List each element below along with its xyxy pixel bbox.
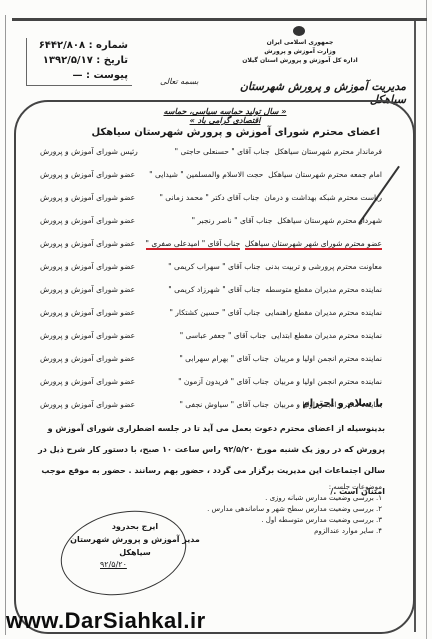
ref-number-line: شماره : ۶۴۴۲/۸۰۸ (27, 38, 128, 53)
topics-label: موضوعات جلسه : (150, 482, 382, 493)
header-bar (12, 18, 427, 21)
scan-edge-right-outer (426, 0, 427, 639)
topic-item: ۱. بررسی وضعیت مدارس شبانه روزی . (150, 493, 382, 504)
signer-name: ایرج بحدرود (60, 520, 210, 533)
topic-item: ۲. بررسی وضعیت مدارس سطح شهر و ساماندهی … (150, 504, 382, 515)
member-row: نماینده محترم مدیران مقطع متوسطه جناب آق… (40, 285, 382, 308)
member-row: ریاست محترم شبکه بهداشت و درمان جناب آقا… (40, 193, 382, 216)
member-row: نماینده محترم انجمن اولیا و مربیان جناب … (40, 354, 382, 377)
letter-date: ۱۳۹۲/۵/۱۷ (43, 55, 93, 66)
year-motto: « سال تولید حماسه سیاسی، حماسه اقتصادی گ… (150, 107, 300, 125)
member-row: امام جمعه محترم شهرستان سیاهکل حجت الاسل… (40, 170, 382, 193)
scanned-letter: شماره : ۶۴۴۲/۸۰۸ تاریخ : ۱۳۹۲/۵/۱۷ پیوست… (0, 0, 432, 639)
recipients-heading: اعضای محترم شورای آموزش و پرورش شهرستان … (80, 127, 380, 138)
signature-date: ۹۲/۵/۲۰ (100, 560, 127, 569)
ref-number: ۶۴۴۲/۸۰۸ (39, 40, 85, 51)
member-row: نماینده محترم مدیران مقطع ابتدایی جناب آ… (40, 331, 382, 354)
reference-box: شماره : ۶۴۴۲/۸۰۸ تاریخ : ۱۳۹۲/۵/۱۷ پیوست… (26, 38, 132, 86)
member-row-highlighted: عضو محترم شورای شهر شهرستان سیاهکل جناب … (40, 239, 382, 262)
org-block: جمهوری اسلامی ایران وزارت آموزش و پرورش … (230, 38, 370, 65)
bismillah: بسمه تعالی (160, 77, 198, 86)
member-row: فرماندار محترم شهرستان سیاهکل جناب آقای … (40, 147, 382, 170)
member-row: معاونت محترم پرورشی و تربیت بدنی جناب آق… (40, 262, 382, 285)
signature-block: ایرج بحدرود مدیر آموزش و پرورش شهرستان س… (60, 520, 210, 559)
member-row: شهردار محترم شهرستان سیاهکل جناب آقای " … (40, 216, 382, 239)
members-list: فرماندار محترم شهرستان سیاهکل جناب آقای … (40, 147, 382, 423)
attachment-line: پیوست : — (27, 68, 128, 83)
signer-title: مدیر آموزش و پرورش شهرستان سیاهکل (60, 533, 210, 559)
emblem-icon (293, 26, 305, 36)
scan-edge-left (5, 15, 6, 635)
date-line: تاریخ : ۱۳۹۲/۵/۱۷ (27, 53, 128, 68)
member-row: نماینده محترم انجمن اولیا و مربیان جناب … (40, 377, 382, 400)
site-watermark: www.DarSiahkal.ir (6, 608, 206, 634)
member-row: نماینده محترم مدیران مقطع راهنمایی جناب … (40, 308, 382, 331)
greeting: با سلام و احترام (180, 398, 383, 409)
